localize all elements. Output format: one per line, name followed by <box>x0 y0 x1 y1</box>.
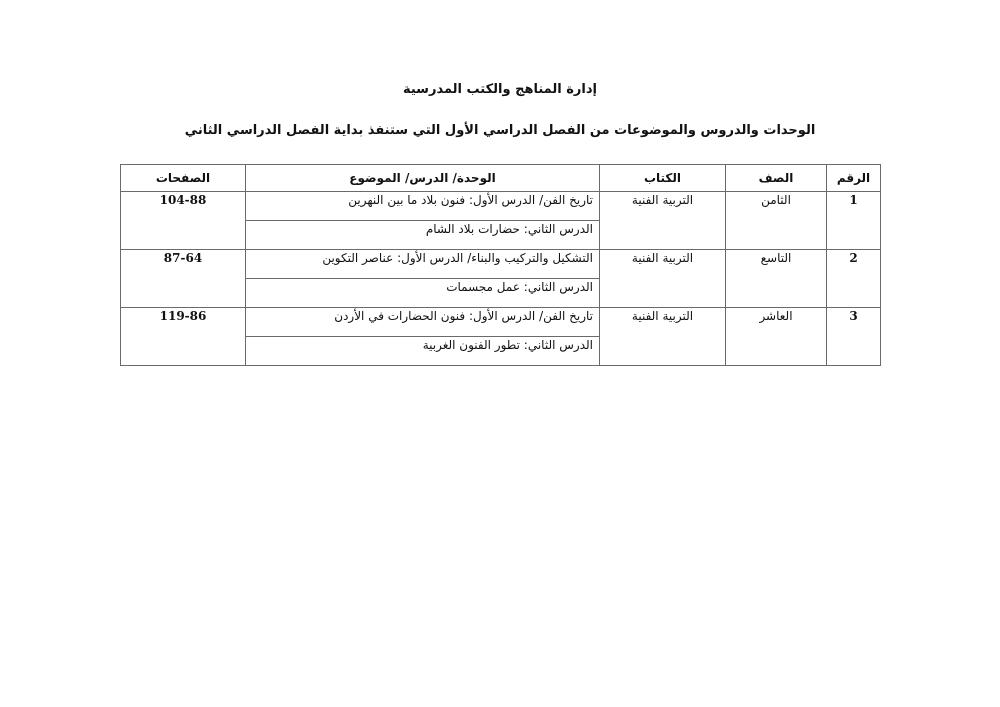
table-row: 3 العاشر التربية الفنية تاريخ الفن/ الدر… <box>121 308 881 337</box>
row-number: 3 <box>827 308 881 366</box>
header-book: الكتاب <box>600 165 726 192</box>
table-row: 2 التاسع التربية الفنية التشكيل والتركيب… <box>121 250 881 279</box>
row-book: التربية الفنية <box>600 192 726 250</box>
row-grade: التاسع <box>726 250 827 308</box>
page-title: إدارة المناهج والكتب المدرسية <box>0 80 1000 100</box>
header-pages: الصفحات <box>121 165 246 192</box>
row-lesson-1: التشكيل والتركيب والبناء/ الدرس الأول: ع… <box>246 250 600 279</box>
row-pages: 87-64 <box>121 250 246 308</box>
row-grade: الثامن <box>726 192 827 250</box>
row-lesson-2: الدرس الثاني: حضارات بلاد الشام <box>246 221 600 250</box>
row-book: التربية الفنية <box>600 308 726 366</box>
row-lesson-1: تاريخ الفن/ الدرس الأول: فنون بلاد ما بي… <box>246 192 600 221</box>
table-header-row: الرقم الصف الكتاب الوحدة/ الدرس/ الموضوع… <box>121 165 881 192</box>
header-number: الرقم <box>827 165 881 192</box>
row-pages: 104-88 <box>121 192 246 250</box>
table-row: 1 الثامن التربية الفنية تاريخ الفن/ الدر… <box>121 192 881 221</box>
row-number: 1 <box>827 192 881 250</box>
row-grade: العاشر <box>726 308 827 366</box>
curriculum-table: الرقم الصف الكتاب الوحدة/ الدرس/ الموضوع… <box>120 164 881 366</box>
row-lesson-2: الدرس الثاني: عمل مجسمات <box>246 279 600 308</box>
header-topic: الوحدة/ الدرس/ الموضوع <box>246 165 600 192</box>
row-pages: 119-86 <box>121 308 246 366</box>
row-number: 2 <box>827 250 881 308</box>
header-grade: الصف <box>726 165 827 192</box>
row-lesson-1: تاريخ الفن/ الدرس الأول: فنون الحضارات ف… <box>246 308 600 337</box>
page-subtitle: الوحدات والدروس والموضوعات من الفصل الدر… <box>0 121 1000 141</box>
row-book: التربية الفنية <box>600 250 726 308</box>
row-lesson-2: الدرس الثاني: تطور الفنون الغربية <box>246 337 600 366</box>
